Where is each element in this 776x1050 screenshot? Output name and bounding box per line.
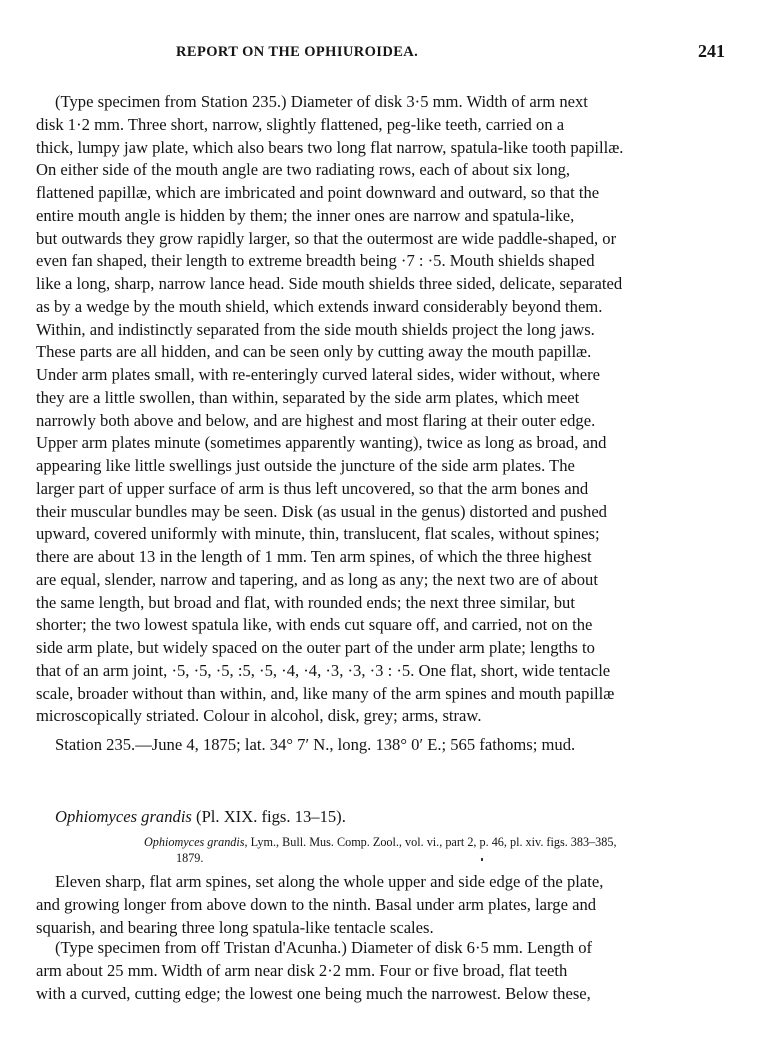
text-line: even fan shaped, their length to extreme… [36,250,489,272]
text-line: they are a little swollen, than within, … [36,387,489,409]
synonymy-year: 1879. [176,849,203,867]
text-line: On either side of the mouth angle are tw… [36,159,489,181]
text-line: side arm plate, but widely spaced on the… [36,637,489,659]
text-line: are equal, slender, narrow and tapering,… [36,569,489,591]
text-line: thick, lumpy jaw plate, which also bears… [36,137,489,159]
plate-reference: (Pl. XIX. figs. 13–15). [192,807,346,826]
station-record: Station 235.—June 4, 1875; lat. 34° 7′ N… [55,734,489,756]
text-line: as by a wedge by the mouth shield, which… [36,296,489,318]
text-line: Within, and indistinctly separated from … [36,319,489,341]
running-head: REPORT ON THE OPHIUROIDEA. [176,44,418,62]
synonymy-citation: Ophiomyces grandis, Lym., Bull. Mus. Com… [144,833,617,851]
text-line: with a curved, cutting edge; the lowest … [36,983,489,1005]
synonymy-name: Ophiomyces grandis [144,835,245,849]
print-speck [481,858,483,861]
text-line: scale, broader without than within, and,… [36,683,489,705]
species-name: Ophiomyces grandis [55,807,192,826]
page-number: 241 [698,41,725,62]
species-heading: Ophiomyces grandis (Pl. XIX. figs. 13–15… [55,806,489,828]
book-page: REPORT ON THE OPHIUROIDEA. 241 (Type spe… [0,0,776,1050]
synonymy-reference: , Lym., Bull. Mus. Comp. Zool., vol. vi.… [245,835,617,849]
text-line: but outwards they grow rapidly larger, s… [36,228,489,250]
text-line: Under arm plates small, with re-entering… [36,364,489,386]
text-line: Upper arm plates minute (sometimes appar… [36,432,489,454]
text-line: the same length, but broad and flat, wit… [36,592,489,614]
text-line: microscopically striated. Colour in alco… [36,705,489,727]
text-line: their muscular bundles may be seen. Disk… [36,501,489,523]
text-line: disk 1·2 mm. Three short, narrow, slight… [36,114,489,136]
text-line: entire mouth angle is hidden by them; th… [36,205,489,227]
text-line: (Type specimen from off Tristan d'Acunha… [55,937,489,959]
text-line: like a long, sharp, narrow lance head. S… [36,273,489,295]
text-line: larger part of upper surface of arm is t… [36,478,489,500]
text-line: that of an arm joint, ·5, ·5, ·5, :5, ·5… [36,660,489,682]
text-line: narrowly both above and below, and are h… [36,410,489,432]
text-line: arm about 25 mm. Width of arm near disk … [36,960,489,982]
text-line: (Type specimen from Station 235.) Diamet… [55,91,489,113]
text-line: flattened papillæ, which are imbricated … [36,182,489,204]
text-line: squarish, and bearing three long spatula… [36,917,489,939]
text-line: shorter; the two lowest spatula like, wi… [36,614,489,636]
text-line: there are about 13 in the length of 1 mm… [36,546,489,568]
text-line: upward, covered uniformly with minute, t… [36,523,489,545]
page-header: REPORT ON THE OPHIUROIDEA. 241 [0,44,776,66]
text-line: Eleven sharp, flat arm spines, set along… [55,871,489,893]
text-line: These parts are all hidden, and can be s… [36,341,489,363]
text-line: and growing longer from above down to th… [36,894,489,916]
text-line: appearing like little swellings just out… [36,455,489,477]
